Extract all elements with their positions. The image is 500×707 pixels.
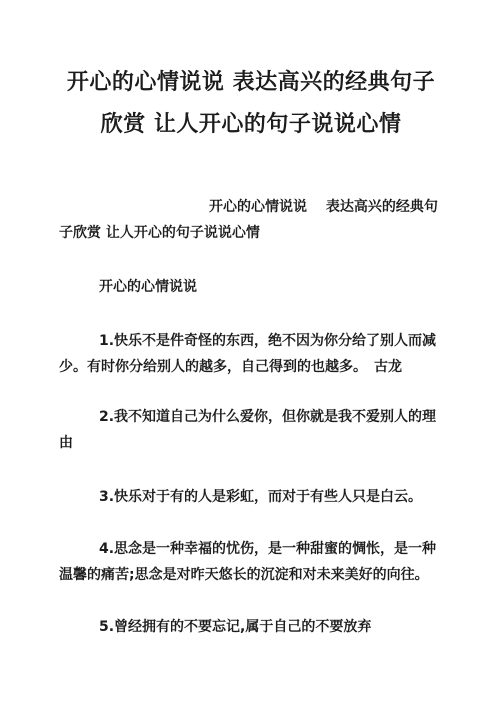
quote-paragraph-1: 1.快乐不是件奇怪的东西，绝不因为你分给了别人而减少。有时你分给别人的越多，自己… [59,328,443,380]
quote-paragraph-3: 3.快乐对于有的人是彩虹，而对于有些人只是白云。 [59,484,443,510]
intro-paragraph: 开心的心情说说 表达高兴的经典句子欣赏 让人开心的句子说说心情 [59,194,443,246]
quote-paragraph-4: 4.思念是一种幸福的忧伤，是一种甜蜜的惆怅，是一种温馨的痛苦;思念是对昨天悠长的… [59,536,443,588]
quote-paragraph-5: 5.曾经拥有的不要忘记,属于自己的不要放弃 [59,614,443,640]
document-title-line-1: 开心的心情说说 表达高兴的经典句子 [59,62,443,104]
document-title: 开心的心情说说 表达高兴的经典句子 欣赏 让人开心的句子说说心情 [59,62,443,146]
section-heading: 开心的心情说说 [59,274,443,300]
document-page: 开心的心情说说 表达高兴的经典句子 欣赏 让人开心的句子说说心情 开心的心情说说… [0,0,500,707]
quote-paragraph-2: 2.我不知道自己为什么爱你，但你就是我不爱别人的理由 [59,404,443,456]
document-title-line-2: 欣赏 让人开心的句子说说心情 [59,104,443,146]
